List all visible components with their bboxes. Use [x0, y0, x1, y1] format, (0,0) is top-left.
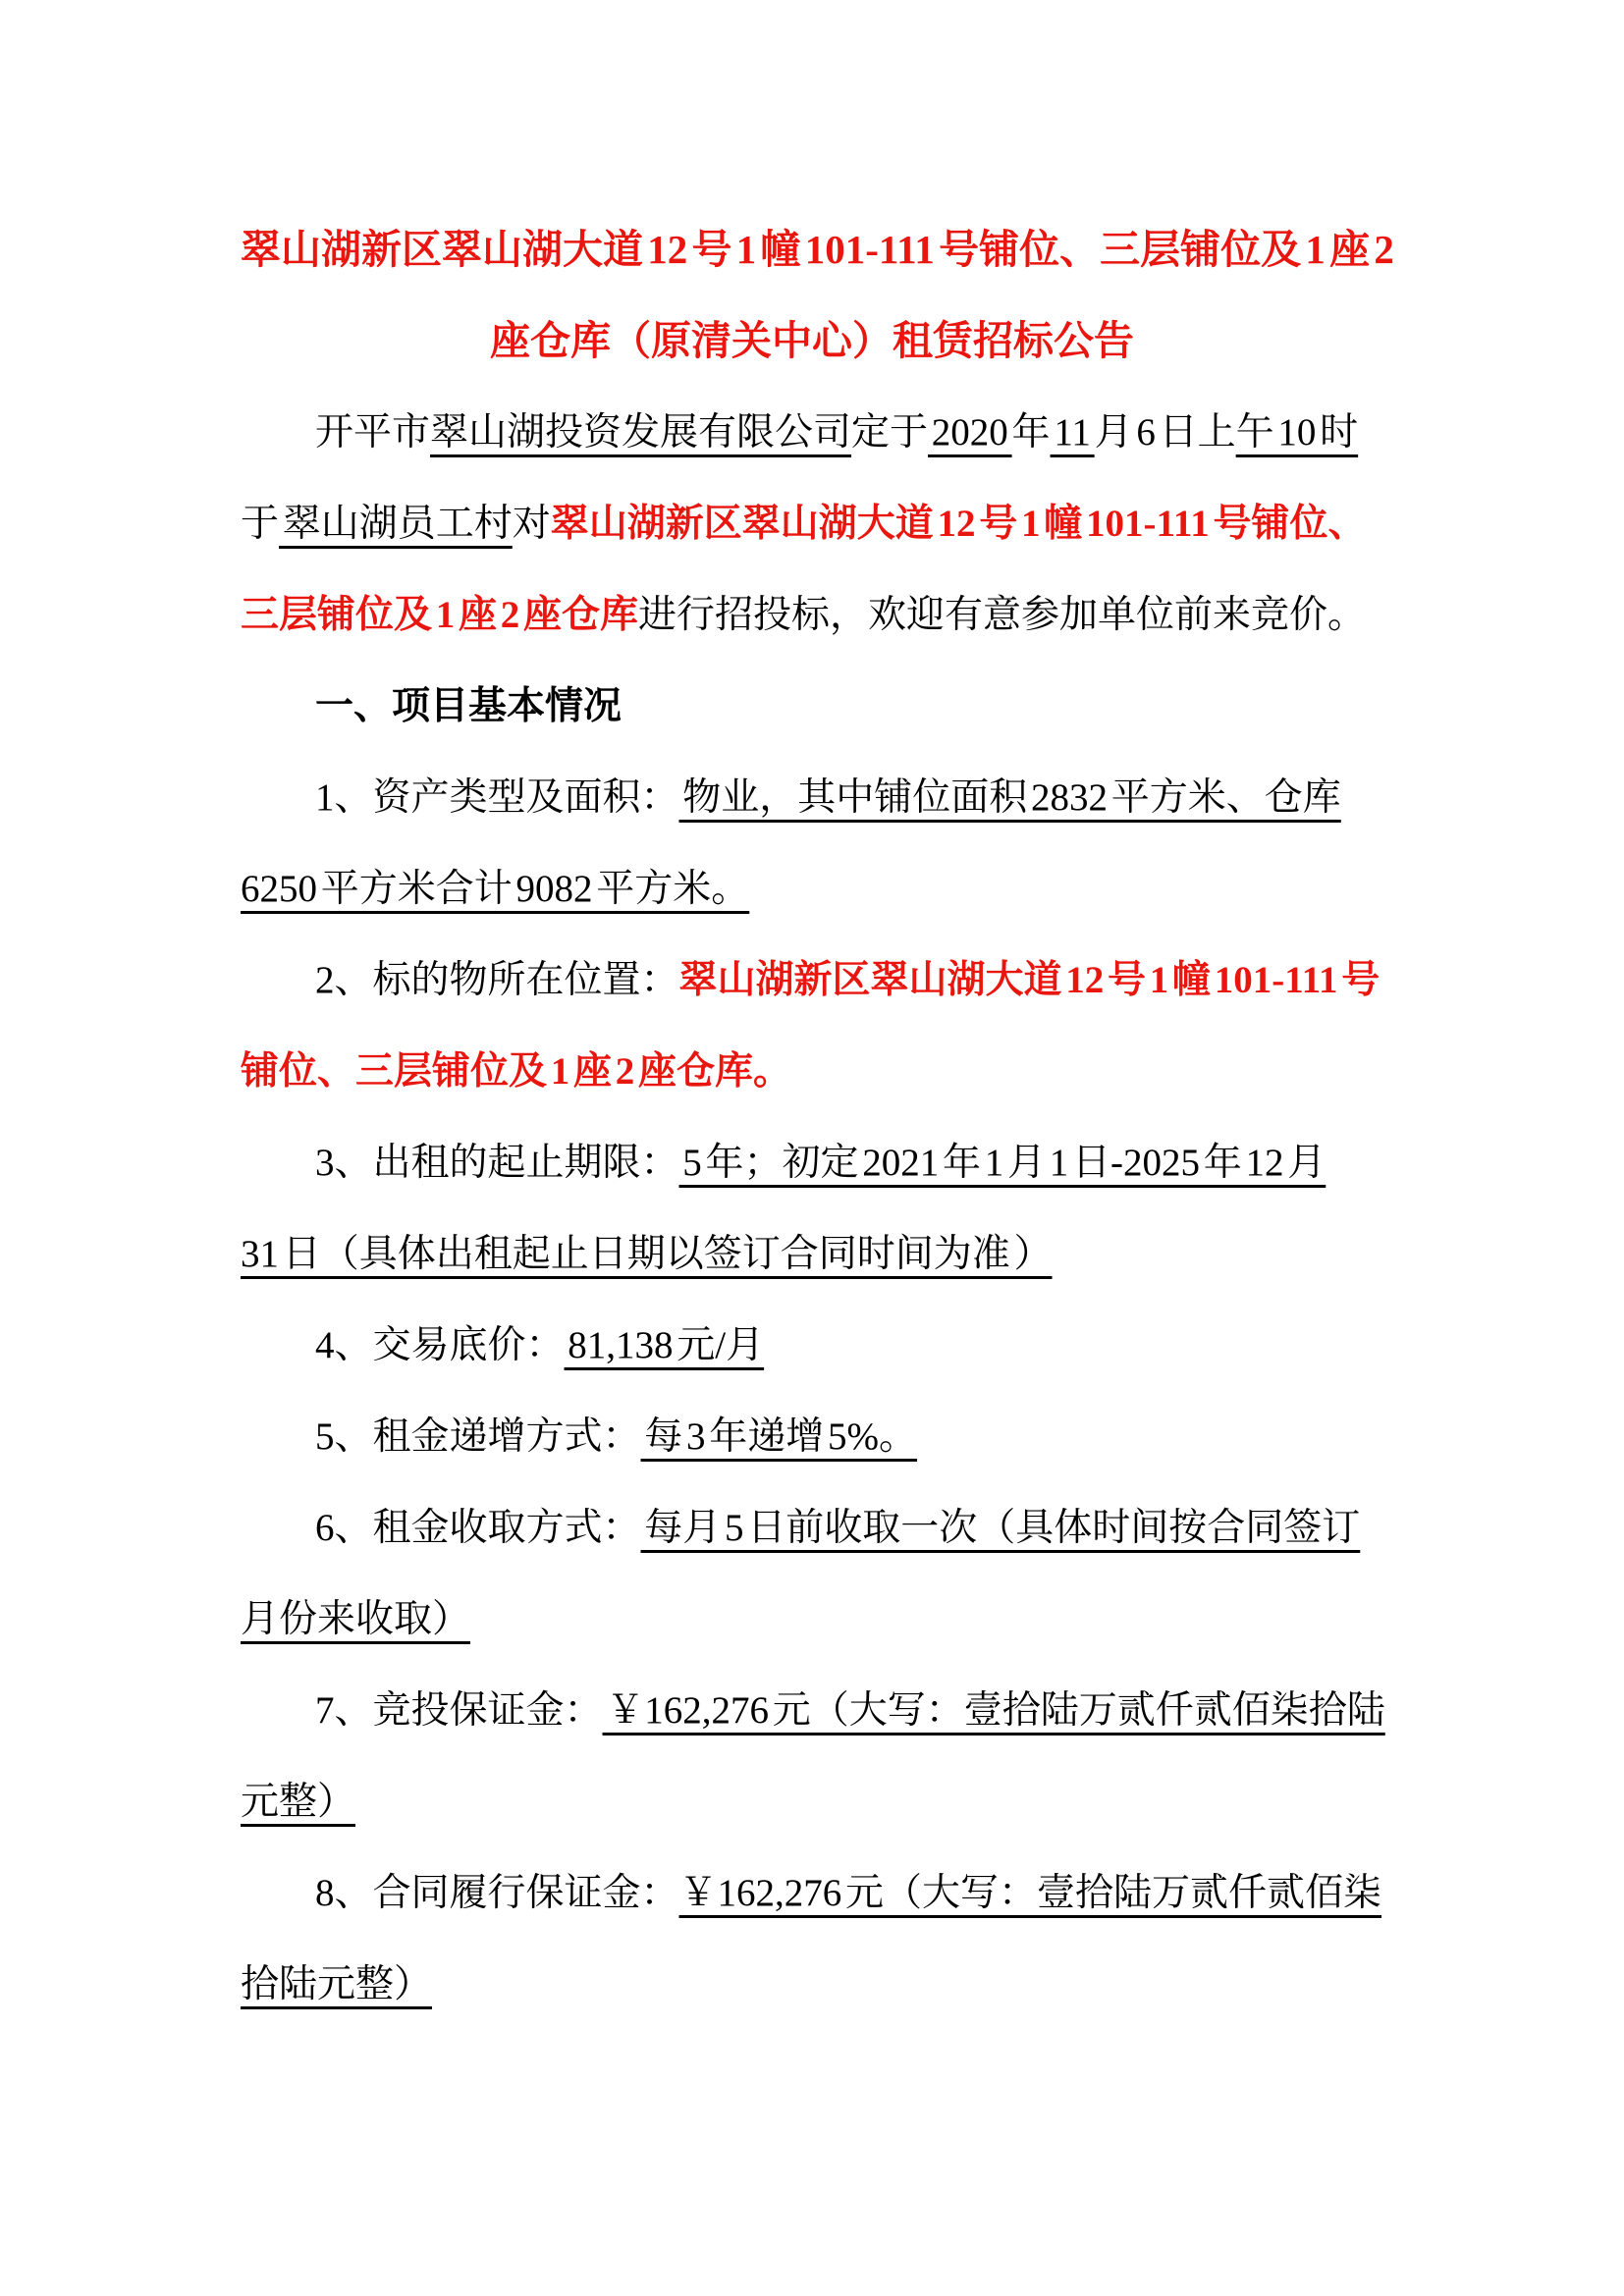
item-8-line-1: 8、合同履行保证金：￥162,276 元（大写：壹拾陆万贰仟贰佰柒	[241, 1847, 1383, 1939]
text-run: 2、标的物所在位置：	[315, 959, 679, 1001]
text-run: ￥162,276 元（大写：壹拾陆万贰仟贰佰柒	[679, 1872, 1382, 1914]
text-run: 三层铺位及 1 座 2 座仓库	[241, 594, 638, 636]
text-run: 座仓库（原清关中心）租赁招标公告	[490, 318, 1134, 363]
text-run: 每月 5 日前收取一次（具体时间按合同签订	[641, 1507, 1361, 1549]
item-6-line-1: 6、租金收取方式： 每月 5 日前收取一次（具体时间按合同签订	[241, 1482, 1383, 1574]
text-run: 对	[513, 503, 551, 545]
text-run: 每 3 年递增 5%。	[641, 1415, 918, 1458]
text-run: 8、合同履行保证金：	[315, 1872, 679, 1914]
document-page: 翠山湖新区翠山湖大道 12 号 1 幢 101-111 号铺位、三层铺位及 1 …	[0, 0, 1624, 2296]
intro-line-1: 开平市翠山湖投资发展有限公司定于 2020 年 11 月 6 日上午 10 时	[241, 387, 1383, 478]
item-4-line-1: 4、交易底价： 81,138 元/月	[241, 1300, 1383, 1391]
text-run: 定于	[851, 411, 928, 454]
intro-line-2: 于 翠山湖员工村对翠山湖新区翠山湖大道 12 号 1 幢 101-111 号铺位…	[241, 478, 1383, 569]
text-run: ￥162,276 元（大写：壹拾陆万贰仟贰佰柒拾陆	[603, 1689, 1385, 1732]
section-heading: 一、项目基本情况	[241, 661, 1383, 752]
text-run: 午 10 时	[1236, 411, 1359, 454]
text-run: 月 6 日上	[1095, 411, 1236, 454]
text-run: 3、出租的起止期限：	[315, 1142, 679, 1184]
text-run: 于	[241, 503, 279, 545]
text-run: 翠山湖投资发展有限公司	[430, 411, 851, 454]
text-run: 翠山湖新区翠山湖大道 12 号 1 幢 101-111 号铺位、	[551, 503, 1367, 545]
text-run: 翠山湖员工村	[279, 503, 513, 545]
intro-line-3: 三层铺位及 1 座 2 座仓库进行招投标，欢迎有意参加单位前来竞价。	[241, 569, 1383, 661]
text-run: 一、项目基本情况	[315, 685, 622, 727]
text-run: 2020	[928, 411, 1012, 454]
item-2-line-2: 铺位、三层铺位及 1 座 2 座仓库。	[241, 1026, 1383, 1117]
item-6-line-2: 月份来收取）	[241, 1574, 1383, 1665]
item-5-line-1: 5、租金递增方式： 每 3 年递增 5%。	[241, 1391, 1383, 1482]
text-run: 拾陆元整）	[241, 1963, 432, 2005]
item-7-line-2: 元整）	[241, 1756, 1383, 1847]
item-8-line-2: 拾陆元整）	[241, 1939, 1383, 2030]
text-run: 6、租金收取方式：	[315, 1507, 641, 1549]
text-run: 铺位、三层铺位及 1 座 2 座仓库。	[241, 1050, 791, 1093]
title-line-1: 翠山湖新区翠山湖大道 12 号 1 幢 101-111 号铺位、三层铺位及 1 …	[241, 204, 1383, 295]
text-run: 11	[1051, 411, 1095, 454]
text-run: 6250 平方米合计 9082 平方米。	[241, 868, 749, 910]
text-run: 4、交易底价：	[315, 1324, 565, 1366]
text-run: 5 年；初定 2021 年 1 月 1 日-2025 年 12 月	[679, 1142, 1326, 1184]
text-run: 物业，其中铺位面积 2832 平方米、仓库	[679, 776, 1341, 819]
text-run: 81,138 元/月	[565, 1324, 765, 1366]
item-1-line-2: 6250 平方米合计 9082 平方米。	[241, 843, 1383, 934]
text-run: 元整）	[241, 1781, 355, 1823]
text-run: 开平市	[315, 411, 430, 454]
text-run: 翠山湖新区翠山湖大道 12 号 1 幢 101-111 号铺位、三层铺位及 1 …	[241, 227, 1394, 272]
text-run: 进行招投标，欢迎有意参加单位前来竞价。	[638, 594, 1366, 636]
item-2-line-1: 2、标的物所在位置：翠山湖新区翠山湖大道 12 号 1 幢 101-111 号	[241, 934, 1383, 1026]
text-run: 翠山湖新区翠山湖大道 12 号 1 幢 101-111 号	[679, 959, 1380, 1001]
item-7-line-1: 7、竞投保证金： ￥162,276 元（大写：壹拾陆万贰仟贰佰柒拾陆	[241, 1665, 1383, 1756]
text-run: 年	[1012, 411, 1051, 454]
text-run: 1、资产类型及面积：	[315, 776, 679, 819]
text-run: 5、租金递增方式：	[315, 1415, 641, 1458]
item-1-line-1: 1、资产类型及面积： 物业，其中铺位面积 2832 平方米、仓库	[241, 752, 1383, 843]
text-run: 7、竞投保证金：	[315, 1689, 603, 1732]
item-3-line-1: 3、出租的起止期限： 5 年；初定 2021 年 1 月 1 日-2025 年 …	[241, 1117, 1383, 1208]
title-line-2: 座仓库（原清关中心）租赁招标公告	[241, 295, 1383, 387]
item-3-line-2: 31 日（具体出租起止日期以签订合同时间为准 ）	[241, 1208, 1383, 1300]
text-run: 月份来收取）	[241, 1598, 470, 1640]
text-run: 31 日（具体出租起止日期以签订合同时间为准 ）	[241, 1233, 1053, 1275]
